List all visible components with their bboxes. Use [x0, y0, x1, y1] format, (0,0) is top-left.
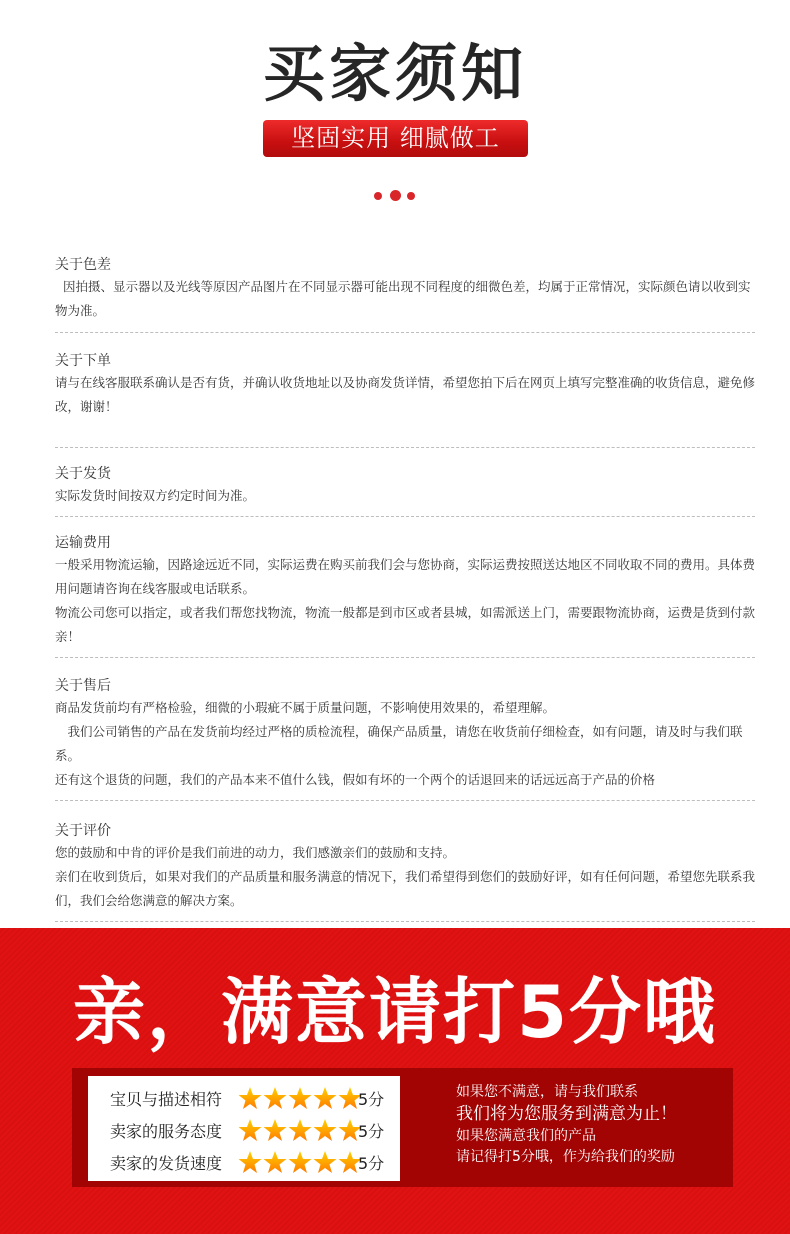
page-title: 买家须知: [0, 34, 790, 114]
message-line: 如果您满意我们的产品: [456, 1126, 726, 1146]
notice-content: 关于色差 因拍摄、显示器以及光线等原因产品图片在不同显示器可能出现不同程度的细微…: [55, 255, 755, 922]
star-icon: [238, 1118, 262, 1142]
satisfaction-message: 如果您不满意，请与我们联系 我们将为您服务到满意为止！ 如果您满意我们的产品 请…: [456, 1082, 726, 1168]
message-line: 请记得打5分哦，作为给我们的奖励: [456, 1146, 726, 1168]
section-paragraph: 实际发货时间按双方约定时间为准。: [55, 484, 755, 508]
rating-card: 宝贝与描述相符 5分 卖家的服务态度 5分 卖家的发货速度 5分: [88, 1076, 400, 1181]
section-paragraph: 商品发货前均有严格检验，细微的小瑕疵不属于质量问题，不影响使用效果的，希望理解。: [55, 696, 755, 720]
star-rating: [238, 1086, 362, 1110]
star-icon: [263, 1150, 287, 1174]
section-title: 关于色差: [55, 255, 755, 275]
section-ordering: 关于下单 请与在线客服联系确认是否有货，并确认收货地址以及协商发货详情，希望您拍…: [55, 351, 755, 448]
section-paragraph: 还有这个退货的问题，我们的产品本来不值什么钱，假如有坏的一个两个的话退回来的话远…: [55, 768, 755, 792]
star-icon: [288, 1150, 312, 1174]
message-line: 如果您不满意，请与我们联系: [456, 1082, 726, 1102]
decorative-dots: [0, 189, 790, 201]
star-icon: [288, 1118, 312, 1142]
section-title: 关于评价: [55, 821, 755, 841]
rating-row: 卖家的服务态度 5分: [88, 1114, 400, 1146]
rating-row: 卖家的发货速度 5分: [88, 1146, 400, 1178]
subtitle-badge: 坚固实用 细腻做工: [263, 120, 528, 157]
star-icon: [263, 1118, 287, 1142]
section-paragraph: 请与在线客服联系确认是否有货，并确认收货地址以及协商发货详情，希望您拍下后在网页…: [55, 371, 755, 419]
star-icon: [238, 1086, 262, 1110]
dot-icon: [407, 192, 415, 200]
banner-slogan: 亲，满意请打5分哦: [0, 962, 790, 1062]
dot-icon: [374, 192, 382, 200]
rating-score: 5分: [358, 1151, 384, 1174]
dot-icon: [390, 190, 401, 201]
section-paragraph: 您的鼓励和中肯的评价是我们前进的动力，我们感激亲们的鼓励和支持。: [55, 841, 755, 865]
rating-label: 宝贝与描述相符: [110, 1087, 222, 1110]
rating-label: 卖家的发货速度: [110, 1151, 222, 1174]
star-rating: [238, 1118, 362, 1142]
section-after-sales: 关于售后 商品发货前均有严格检验，细微的小瑕疵不属于质量问题，不影响使用效果的，…: [55, 676, 755, 801]
section-shipping: 关于发货 实际发货时间按双方约定时间为准。: [55, 464, 755, 517]
star-icon: [238, 1150, 262, 1174]
section-title: 运输费用: [55, 533, 755, 553]
section-paragraph: 物流公司您可以指定，或者我们帮您找物流，物流一般都是到市区或者县城，如需派送上门…: [55, 601, 755, 649]
section-paragraph: 因拍摄、显示器以及光线等原因产品图片在不同显示器可能出现不同程度的细微色差，均属…: [55, 275, 755, 323]
section-paragraph: 亲们在收到货后，如果对我们的产品质量和服务满意的情况下，我们希望得到您们的鼓励好…: [55, 865, 755, 913]
section-review: 关于评价 您的鼓励和中肯的评价是我们前进的动力，我们感激亲们的鼓励和支持。 亲们…: [55, 821, 755, 922]
rating-score: 5分: [358, 1087, 384, 1110]
star-icon: [288, 1086, 312, 1110]
star-icon: [263, 1086, 287, 1110]
message-line: 我们将为您服务到满意为止！: [456, 1102, 726, 1126]
rating-label: 卖家的服务态度: [110, 1119, 222, 1142]
section-paragraph: 一般采用物流运输，因路途远近不同，实际运费在购买前我们会与您协商，实际运费按照送…: [55, 553, 755, 601]
section-title: 关于下单: [55, 351, 755, 371]
star-rating: [238, 1150, 362, 1174]
star-icon: [313, 1118, 337, 1142]
section-title: 关于发货: [55, 464, 755, 484]
rating-row: 宝贝与描述相符 5分: [88, 1082, 400, 1114]
section-color-difference: 关于色差 因拍摄、显示器以及光线等原因产品图片在不同显示器可能出现不同程度的细微…: [55, 255, 755, 333]
section-paragraph: 我们公司销售的产品在发货前均经过严格的质检流程，确保产品质量，请您在收货前仔细检…: [55, 720, 755, 768]
rating-score: 5分: [358, 1119, 384, 1142]
star-icon: [313, 1086, 337, 1110]
section-shipping-fee: 运输费用 一般采用物流运输，因路途远近不同，实际运费在购买前我们会与您协商，实际…: [55, 533, 755, 658]
star-icon: [313, 1150, 337, 1174]
section-title: 关于售后: [55, 676, 755, 696]
